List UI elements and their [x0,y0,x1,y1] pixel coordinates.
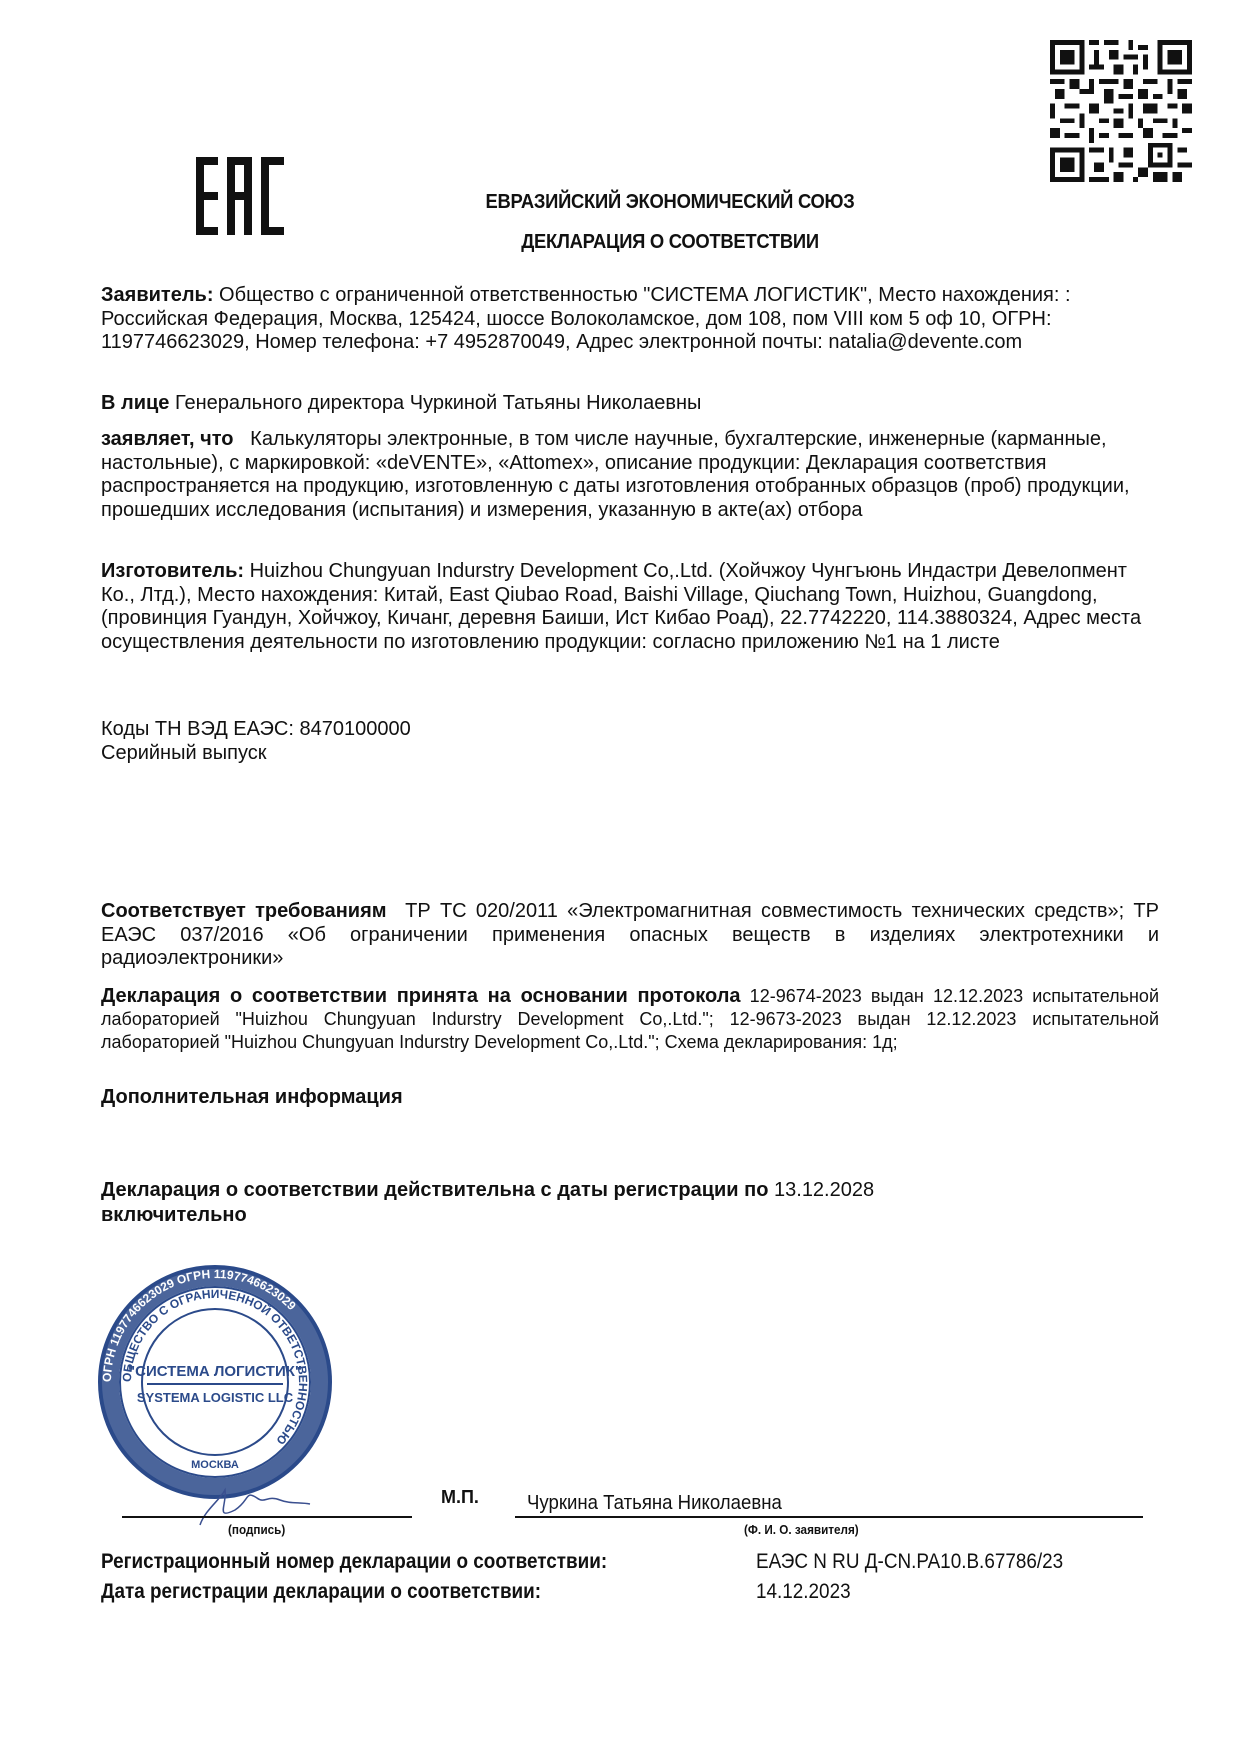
registration-date-label: Дата регистрации декларации о соответств… [101,1580,541,1604]
manufacturer-section: Изготовитель: Huizhou Chungyuan Indurstr… [101,560,1146,654]
registration-number-value: ЕАЭС N RU Д-CN.PA10.B.67786/23 [756,1550,1063,1574]
registration-number-label: Регистрационный номер декларации о соотв… [101,1550,607,1574]
representative-section: В лице Генерального директора Чуркиной Т… [101,392,1146,416]
release-type: Серийный выпуск [101,742,267,766]
applicant-name: Чуркина Татьяна Николаевна [527,1492,782,1515]
company-stamp: ОГРН 1197746623029 ОГРН 1197746623029 ОБ… [95,1262,335,1502]
union-title: ЕВРАЗИЙСКИЙ ЭКОНОМИЧЕСКИЙ СОЮЗ [422,191,919,214]
stamp-name-en: SYSTEMA LOGISTIC LLC [137,1390,294,1405]
additional-info-label: Дополнительная информация [101,1086,403,1110]
validity-tail: включительно [101,1204,247,1228]
compliance-section: Соответствует требованиям ТР ТС 020/2011… [101,900,1159,971]
registration-date-value: 14.12.2023 [756,1580,851,1604]
qr-code-icon [1050,40,1192,182]
stamp-city: МОСКВА [191,1459,239,1471]
declares-text: Калькуляторы электронные, в том числе на… [101,428,1135,521]
applicant-label: Заявитель: [101,284,214,306]
manufacturer-text: Huizhou Chungyuan Indurstry Development … [101,560,1141,653]
signature-caption: (подпись) [228,1522,285,1537]
compliance-label: Соответствует требованиям [101,900,387,922]
representative-text: Генерального директора Чуркиной Татьяны … [169,392,701,414]
basis-section: Декларация о соответствии принята на осн… [101,985,1159,1054]
validity-label: Декларация о соответствии действительна … [101,1179,768,1201]
applicant-text: Общество с ограниченной ответственностью… [101,284,1071,353]
manufacturer-label: Изготовитель: [101,560,244,582]
applicant-name-caption: (Ф. И. О. заявителя) [744,1522,859,1537]
seal-mark: М.П. [441,1487,479,1508]
tn-ved-codes: Коды ТН ВЭД ЕАЭС: 8470100000 [101,718,411,742]
basis-label: Декларация о соответствии принята на осн… [101,985,741,1007]
document-title: ДЕКЛАРАЦИЯ О СООТВЕТСТВИИ [422,231,919,254]
declares-label: заявляет, что [101,428,234,450]
representative-label: В лице [101,392,169,414]
stamp-name-ru: "СИСТЕМА ЛОГИСТИК" [128,1363,302,1380]
signature-line [122,1516,412,1518]
eac-logo [196,157,284,235]
declares-section: заявляет, что Калькуляторы электронные, … [101,428,1146,522]
validity-section: Декларация о соответствии действительна … [101,1179,1146,1203]
validity-date: 13.12.2028 [768,1179,874,1201]
applicant-name-line [515,1516,1143,1518]
applicant-section: Заявитель: Общество с ограниченной ответ… [101,284,1146,355]
